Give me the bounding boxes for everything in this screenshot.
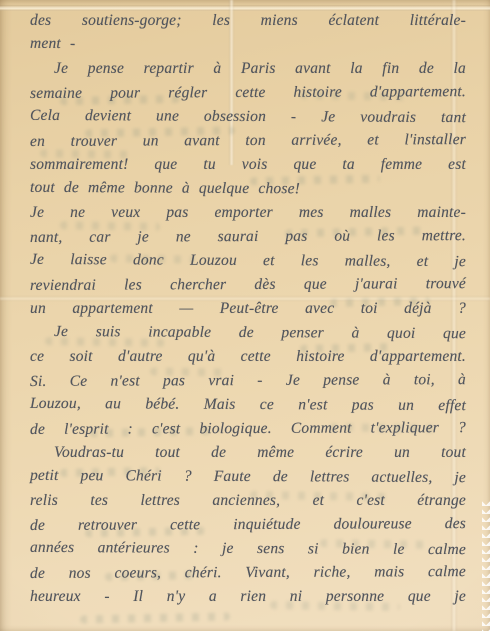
handwritten-line: un appartement — Peut-être avec toi déjà… bbox=[30, 297, 466, 321]
handwritten-line: Voudras-tu tout de même écrire un tout bbox=[30, 441, 466, 465]
handwritten-line: années antérieures : je sens si bien le … bbox=[30, 536, 466, 562]
handwritten-line: Louzou, au bébé. Mais ce n'est pas un ef… bbox=[30, 392, 466, 418]
handwritten-line: heureux - Il n'y a rien ni personne que … bbox=[30, 585, 466, 609]
handwritten-line: semaine pour régler cette histoire d'app… bbox=[30, 80, 466, 106]
handwritten-line: de retrouver cette inquiétude douloureus… bbox=[30, 512, 466, 538]
serrated-paper-edge bbox=[482, 498, 490, 631]
letter-text-block: des soutiens-gorge; les miens éclatent l… bbox=[30, 9, 466, 609]
handwritten-line: tout de même bonne à quelque chose! bbox=[30, 176, 466, 202]
handwritten-line: Si. Ce n'est pas vrai - Je pense à toi, … bbox=[30, 368, 466, 394]
handwritten-line: sommairement! que tu vois que ta femme e… bbox=[30, 153, 466, 177]
handwritten-line: ce soit d'autre qu'à cette histoire d'ap… bbox=[30, 345, 466, 369]
handwritten-line: de nos coeurs, chéri. Vivant, riche, mai… bbox=[30, 560, 466, 586]
handwritten-line: relis tes lettres anciennes, et c'est ét… bbox=[30, 489, 466, 513]
handwritten-line: de l'esprit : c'est biologique. Comment … bbox=[30, 416, 466, 442]
handwritten-line: Cela devient une obsession - Je voudrais… bbox=[30, 104, 466, 130]
handwritten-line: petit peu Chéri ? Faute de lettres actue… bbox=[30, 464, 466, 490]
handwritten-line: des soutiens-gorge; les miens éclatent l… bbox=[30, 9, 466, 33]
handwritten-line: nant, car je ne saurai pas où les mettre… bbox=[30, 224, 466, 250]
handwritten-line: Je suis incapable de penser à quoi que bbox=[30, 320, 466, 346]
handwritten-line: Je ne veux pas emporter mes malles maint… bbox=[30, 201, 466, 225]
handwritten-line: ment - bbox=[30, 32, 466, 58]
handwritten-line: Je laisse donc Louzou et les malles, et … bbox=[30, 248, 466, 274]
letter-scan-page: des soutiens-gorge; les miens éclatent l… bbox=[0, 0, 490, 631]
handwritten-line: reviendrai les chercher dès que j'aurai … bbox=[30, 272, 466, 298]
handwritten-line: Je pense repartir à Paris avant la fin d… bbox=[30, 57, 466, 81]
ink-bleedthrough-mark bbox=[80, 612, 230, 623]
handwritten-line: en trouver un avant ton arrivée, et l'in… bbox=[30, 128, 466, 154]
